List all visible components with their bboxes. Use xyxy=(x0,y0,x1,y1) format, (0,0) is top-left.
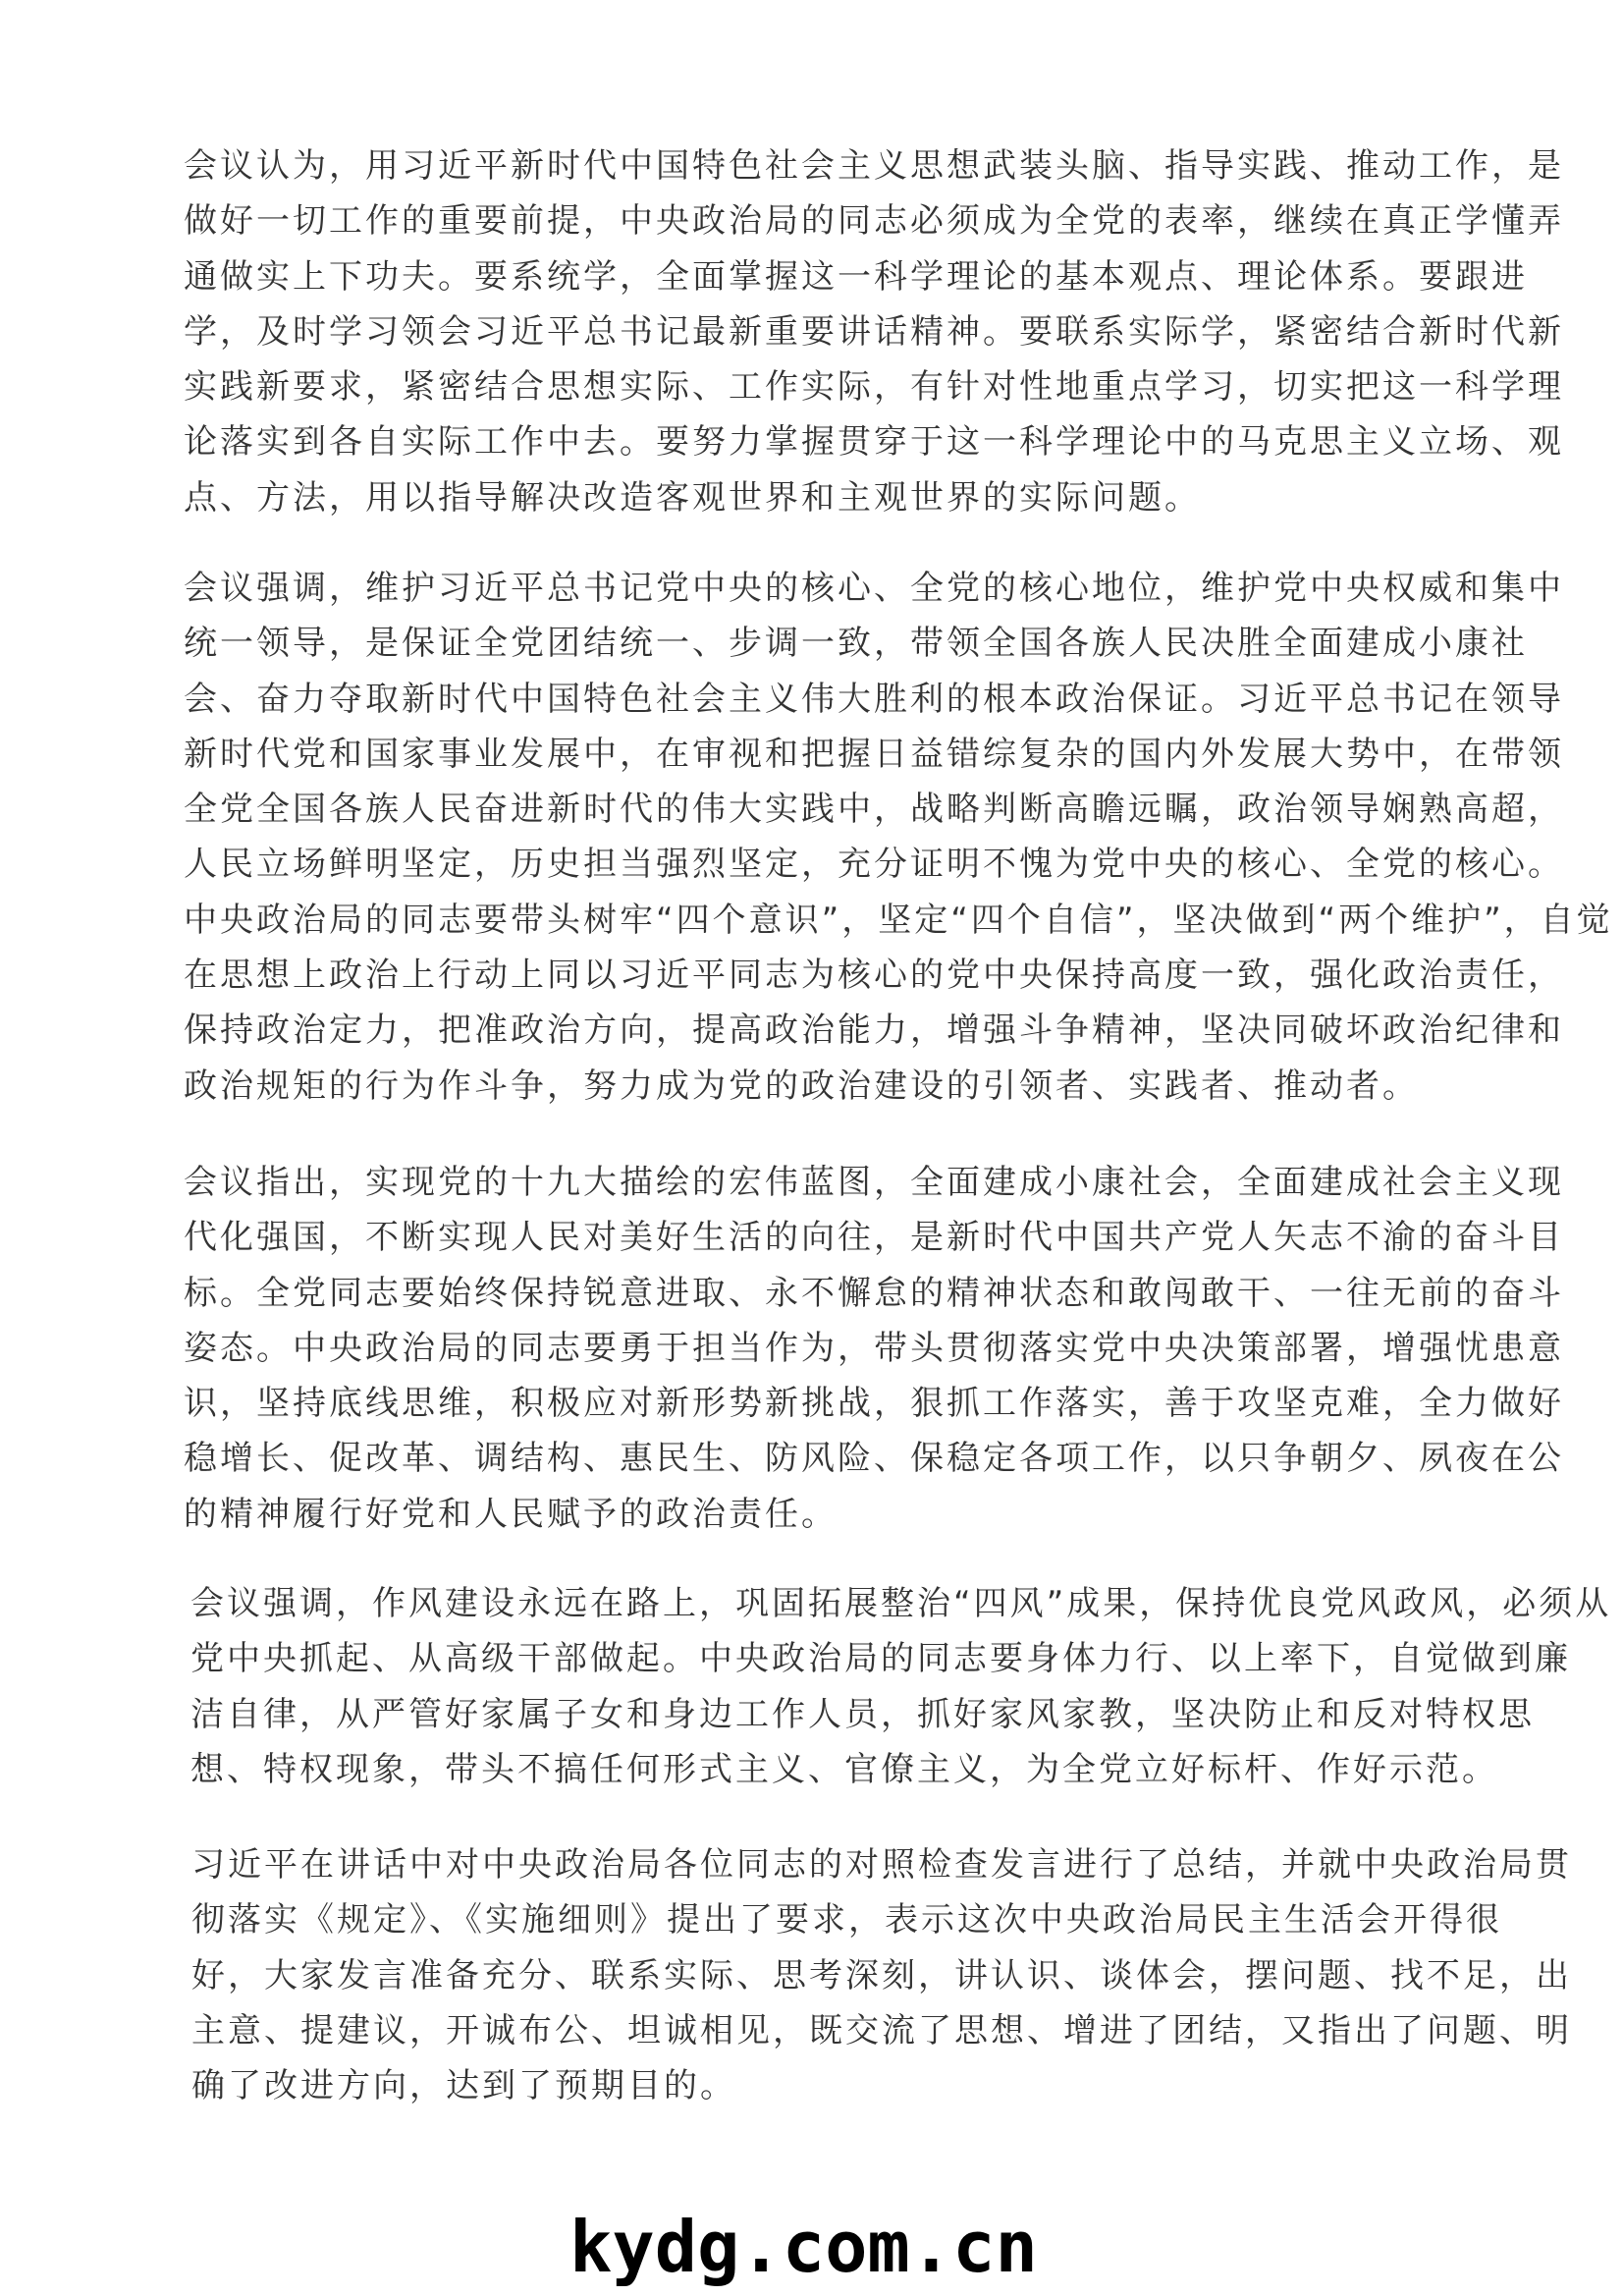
text-line: 稳增长、促改革、调结构、惠民生、防风险、保稳定各项工作，以只争朝夕、夙夜在公 xyxy=(184,1431,1450,1486)
text-line: 洁自律，从严管好家属子女和身边工作人员，抓好家风家教，坚决防止和反对特权思 xyxy=(190,1687,1477,1742)
paragraph-meeting-points-out: 会议指出，实现党的十九大描绘的宏伟蓝图，全面建成小康社会，全面建成社会主义现 代… xyxy=(184,1155,1450,1542)
text-line: 点、方法，用以指导解决改造客观世界和主观世界的实际问题。 xyxy=(184,470,1450,525)
text-line: 会议强调，作风建设永远在路上，巩固拓展整治“四风”成果，保持优良党风政风，必须从 xyxy=(190,1576,1477,1631)
text-line: 在思想上政治上行动上同以习近平同志为核心的党中央保持高度一致，强化政治责任， xyxy=(184,948,1450,1003)
paragraph-meeting-emphasis-core: 会议强调，维护习近平总书记党中央的核心、全党的核心地位，维护党中央权威和集中 统… xyxy=(184,561,1450,1114)
text-line: 的精神履行好党和人民赋予的政治责任。 xyxy=(184,1487,1450,1542)
paragraph-speech-summary: 习近平在讲话中对中央政治局各位同志的对照检查发言进行了总结，并就中央政治局贯 彻… xyxy=(191,1837,1458,2113)
text-line: 会议指出，实现党的十九大描绘的宏伟蓝图，全面建成小康社会，全面建成社会主义现 xyxy=(184,1155,1450,1210)
text-line: 统一领导，是保证全党团结统一、步调一致，带领全国各族人民决胜全面建成小康社 xyxy=(184,616,1450,671)
text-line: 通做实上下功夫。要系统学，全面掌握这一科学理论的基本观点、理论体系。要跟进 xyxy=(184,249,1450,304)
text-line: 识，坚持底线思维，积极应对新形势新挑战，狠抓工作落实，善于攻坚克难，全力做好 xyxy=(184,1376,1450,1431)
text-line: 想、特权现象，带头不搞任何形式主义、官僚主义，为全党立好标杆、作好示范。 xyxy=(190,1742,1477,1797)
text-line: 主意、提建议，开诚布公、坦诚相见，既交流了思想、增进了团结，又指出了问题、明 xyxy=(191,2003,1458,2058)
text-line: 新时代党和国家事业发展中，在审视和把握日益错综复杂的国内外发展大势中，在带领 xyxy=(184,727,1450,782)
text-line: 确了改进方向，达到了预期目的。 xyxy=(191,2058,1458,2113)
paragraph-meeting-emphasis-style: 会议强调，作风建设永远在路上，巩固拓展整治“四风”成果，保持优良党风政风，必须从… xyxy=(190,1576,1477,1797)
text-line: 习近平在讲话中对中央政治局各位同志的对照检查发言进行了总结，并就中央政治局贯 xyxy=(191,1837,1458,1892)
text-line: 论落实到各自实际工作中去。要努力掌握贯穿于这一科学理论中的马克思主义立场、观 xyxy=(184,414,1450,469)
text-line: 标。全党同志要始终保持锐意进取、永不懈怠的精神状态和敢闯敢干、一往无前的奋斗 xyxy=(184,1266,1450,1321)
text-line: 会、奋力夺取新时代中国特色社会主义伟大胜利的根本政治保证。习近平总书记在领导 xyxy=(184,672,1450,727)
watermark-text: kydg.com.cn xyxy=(569,2208,1041,2286)
text-line: 全党全国各族人民奋进新时代的伟大实践中，战略判断高瞻远瞩，政治领导娴熟高超， xyxy=(184,782,1450,837)
text-line: 中央政治局的同志要带头树牢“四个意识”，坚定“四个自信”，坚决做到“两个维护”，… xyxy=(184,893,1450,948)
text-line: 学，及时学习领会习近平总书记最新重要讲话精神。要联系实际学，紧密结合新时代新 xyxy=(184,304,1450,359)
text-line: 会议认为，用习近平新时代中国特色社会主义思想武装头脑、指导实践、推动工作，是 xyxy=(184,138,1450,193)
text-line: 实践新要求，紧密结合思想实际、工作实际，有针对性地重点学习，切实把这一科学理 xyxy=(184,359,1450,414)
text-line: 彻落实《规定》、《实施细则》提出了要求，表示这次中央政治局民主生活会开得很 xyxy=(191,1892,1458,1947)
text-line: 做好一切工作的重要前提，中央政治局的同志必须成为全党的表率，继续在真正学懂弄 xyxy=(184,193,1450,248)
text-line: 姿态。中央政治局的同志要勇于担当作为，带头贯彻落实党中央决策部署，增强忧患意 xyxy=(184,1321,1450,1376)
text-line: 好，大家发言准备充分、联系实际、思考深刻，讲认识、谈体会，摆问题、找不足，出 xyxy=(191,1948,1458,2003)
text-line: 会议强调，维护习近平总书记党中央的核心、全党的核心地位，维护党中央权威和集中 xyxy=(184,561,1450,616)
paragraph-meeting-view: 会议认为，用习近平新时代中国特色社会主义思想武装头脑、指导实践、推动工作，是 做… xyxy=(184,138,1450,525)
text-line: 代化强国，不断实现人民对美好生活的向往，是新时代中国共产党人矢志不渝的奋斗目 xyxy=(184,1210,1450,1265)
text-line: 政治规矩的行为作斗争，努力成为党的政治建设的引领者、实践者、推动者。 xyxy=(184,1059,1450,1114)
text-line: 保持政治定力，把准政治方向，提高政治能力，增强斗争精神，坚决同破坏政治纪律和 xyxy=(184,1003,1450,1058)
text-line: 人民立场鲜明坚定，历史担当强烈坚定，充分证明不愧为党中央的核心、全党的核心。 xyxy=(184,837,1450,892)
text-line: 党中央抓起、从高级干部做起。中央政治局的同志要身体力行、以上率下，自觉做到廉 xyxy=(190,1631,1477,1686)
